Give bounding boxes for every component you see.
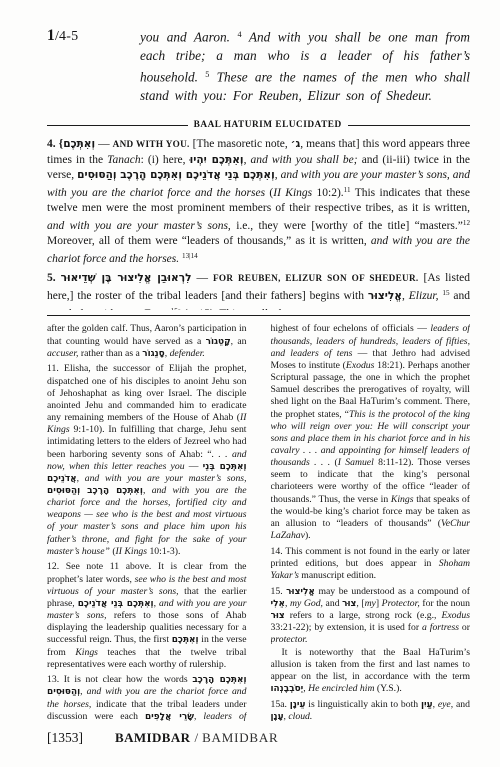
commentary-paragraph-5: 5. לִרְאוּבֵן אֱלִיצוּר בֶּן שְׁדֵיאוּר …	[47, 271, 470, 311]
commentary-section: 4. {וְאִתְּכֶם — AND WITH YOU. [The maso…	[47, 137, 470, 310]
section-divider-title: BAAL HATURIM ELUCIDATED	[194, 120, 342, 130]
divider-rule-right	[348, 125, 470, 126]
footnotes-section: after the golden calf. Thus, Aaron’s par…	[47, 323, 470, 721]
footnote-13: 13. It is not clear how the words וְאִתְ…	[47, 674, 247, 721]
page-number: [1353]	[47, 730, 115, 746]
footnotes-left-column: after the golden calf. Thus, Aaron’s par…	[47, 323, 247, 721]
footnote-15a: 15a. עֵינָן is linguistically akin to bo…	[271, 699, 471, 722]
page-reference: 1/4-5	[47, 26, 140, 105]
footnote-14: 14. This comment is not found in the ear…	[271, 546, 471, 582]
verse-range: /4-5	[55, 29, 78, 44]
divider-rule-left	[47, 125, 188, 126]
footnote-11: 11. Elisha, the successor of Elijah the …	[47, 363, 247, 558]
footnote-15: 15. אֱלִיצוּר may be understood as a com…	[271, 586, 471, 647]
footnote-10-continuation: after the golden calf. Thus, Aaron’s par…	[47, 323, 247, 359]
footnote-12: 12. See note 11 above. It is clear from …	[47, 561, 247, 670]
section-divider: BAAL HATURIM ELUCIDATED	[47, 120, 470, 130]
book-page: 1/4-5 you and Aaron. 4 And with you shal…	[0, 0, 500, 767]
footnotes-right-column: highest of four echelons of officials — …	[271, 323, 471, 721]
footnote-13-continuation: highest of four echelons of officials — …	[271, 323, 471, 542]
page-footer: [1353] BAMIDBAR / BAMIDBAR	[47, 730, 470, 746]
book-title-bold: BAMIDBAR	[115, 730, 190, 746]
book-title-separator: /	[190, 730, 202, 746]
footnote-15-second-paragraph: It is noteworthy that the Baal HaTurim’s…	[271, 647, 471, 696]
commentary-paragraph-4: 4. {וְאִתְּכֶם — AND WITH YOU. [The maso…	[47, 137, 470, 266]
footnote-divider-rule	[47, 315, 470, 316]
page-header: 1/4-5 you and Aaron. 4 And with you shal…	[47, 26, 470, 105]
book-title-regular: BAMIDBAR	[202, 730, 278, 746]
chapter-number: 1	[47, 27, 55, 44]
verse-text: you and Aaron. 4 And with you shall be o…	[140, 26, 470, 105]
